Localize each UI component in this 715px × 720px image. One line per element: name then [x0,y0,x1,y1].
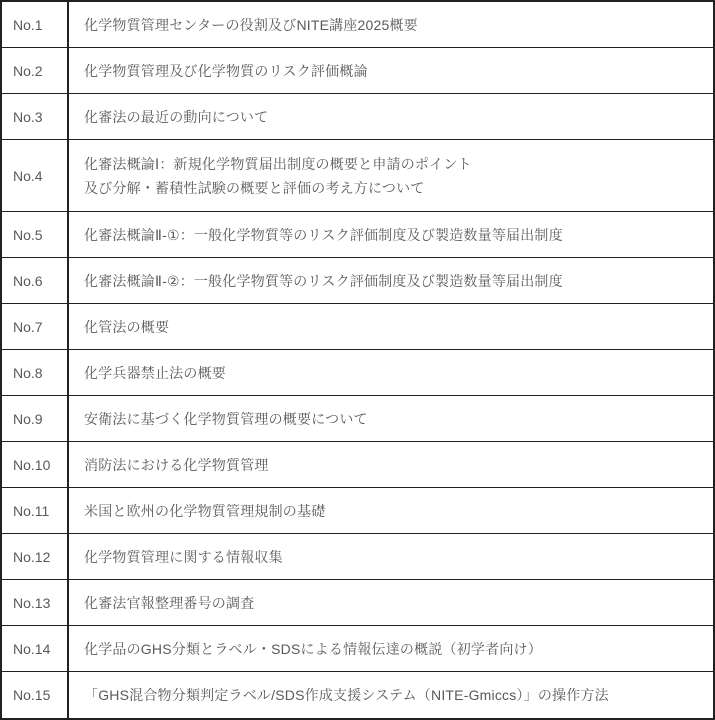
course-title-cell: 化審法概論Ⅱ-①：一般化学物質等のリスク評価制度及び製造数量等届出制度 [69,212,713,257]
row-number-cell: No.1 [2,2,69,47]
course-title-cell: 「GHS混合物分類判定ラベル/SDS作成支援システム（NITE-Gmiccs）」… [69,672,713,718]
row-number-cell: No.3 [2,94,69,139]
course-title-cell: 化審法概論Ⅰ：新規化学物質届出制度の概要と申請のポイント 及び分解・蓄積性試験の… [69,140,713,211]
table-row: No.5 化審法概論Ⅱ-①：一般化学物質等のリスク評価制度及び製造数量等届出制度 [2,212,713,258]
course-title-cell: 安衛法に基づく化学物質管理の概要について [69,396,713,441]
course-title-cell: 消防法における化学物質管理 [69,442,713,487]
table-row: No.11 米国と欧州の化学物質管理規制の基礎 [2,488,713,534]
table-row: No.10 消防法における化学物質管理 [2,442,713,488]
table-row: No.2 化学物質管理及び化学物質のリスク評価概論 [2,48,713,94]
course-title-cell: 化学物質管理及び化学物質のリスク評価概論 [69,48,713,93]
row-number-cell: No.4 [2,140,69,211]
course-title-cell: 化審法の最近の動向について [69,94,713,139]
row-number-cell: No.2 [2,48,69,93]
table-row: No.3 化審法の最近の動向について [2,94,713,140]
course-title-cell: 化学品のGHS分類とラベル・SDSによる情報伝達の概説（初学者向け） [69,626,713,671]
course-title-cell: 化審法概論Ⅱ-②：一般化学物質等のリスク評価制度及び製造数量等届出制度 [69,258,713,303]
table-row: No.12 化学物質管理に関する情報収集 [2,534,713,580]
course-title-cell: 化学物質管理センターの役割及びNITE講座2025概要 [69,2,713,47]
row-number-cell: No.9 [2,396,69,441]
table-row: No.6 化審法概論Ⅱ-②：一般化学物質等のリスク評価制度及び製造数量等届出制度 [2,258,713,304]
row-number-cell: No.6 [2,258,69,303]
table-row: No.15 「GHS混合物分類判定ラベル/SDS作成支援システム（NITE-Gm… [2,672,713,718]
table-row: No.1 化学物質管理センターの役割及びNITE講座2025概要 [2,2,713,48]
table-row: No.7 化管法の概要 [2,304,713,350]
row-number-cell: No.12 [2,534,69,579]
table-row: No.4 化審法概論Ⅰ：新規化学物質届出制度の概要と申請のポイント 及び分解・蓄… [2,140,713,212]
course-title-cell: 化審法官報整理番号の調査 [69,580,713,625]
table-row: No.13 化審法官報整理番号の調査 [2,580,713,626]
course-title-cell: 化学兵器禁止法の概要 [69,350,713,395]
row-number-cell: No.7 [2,304,69,349]
row-number-cell: No.8 [2,350,69,395]
row-number-cell: No.13 [2,580,69,625]
row-number-cell: No.11 [2,488,69,533]
table-row: No.9 安衛法に基づく化学物質管理の概要について [2,396,713,442]
row-number-cell: No.10 [2,442,69,487]
course-list-table: No.1 化学物質管理センターの役割及びNITE講座2025概要 No.2 化学… [0,0,715,720]
row-number-cell: No.15 [2,672,69,718]
row-number-cell: No.5 [2,212,69,257]
course-title-cell: 米国と欧州の化学物質管理規制の基礎 [69,488,713,533]
table-row: No.8 化学兵器禁止法の概要 [2,350,713,396]
row-number-cell: No.14 [2,626,69,671]
course-title-cell: 化学物質管理に関する情報収集 [69,534,713,579]
course-title-cell: 化管法の概要 [69,304,713,349]
table-row: No.14 化学品のGHS分類とラベル・SDSによる情報伝達の概説（初学者向け） [2,626,713,672]
